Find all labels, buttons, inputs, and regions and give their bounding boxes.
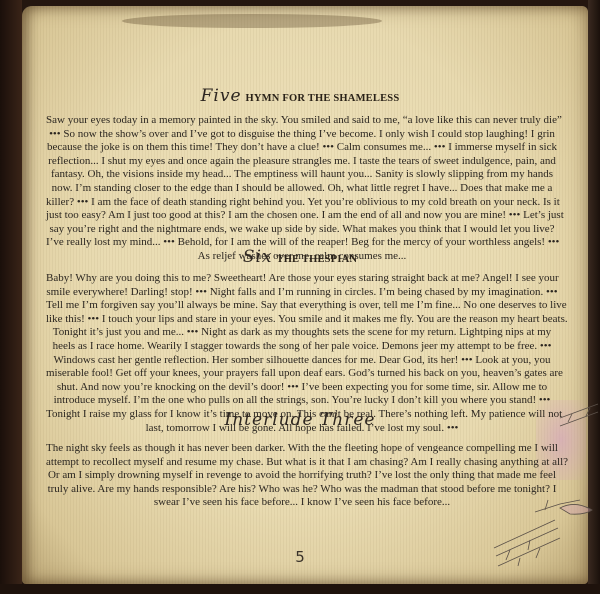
lyric-line: fantasy. Oh, the visions inside my head.… — [46, 168, 558, 182]
lyric-line: say you’re right and the nightmare ends,… — [46, 223, 558, 237]
lyric-line: Windows cast her gentle reflection. Her … — [46, 354, 558, 368]
lyric-line: The night sky feels as though it has nev… — [46, 442, 558, 456]
page-number: 5 — [0, 548, 600, 566]
lyric-line: smile everywhere! Darling! stop! ••• Nig… — [46, 286, 558, 300]
song-title: THE THESPIAN — [276, 254, 357, 265]
song-title: HYMN FOR THE SHAMELESS — [246, 93, 400, 104]
lyric-line: killer? ••• I am the face of death stand… — [46, 196, 558, 210]
lyric-line: Or am I simply drowning myself in reveng… — [46, 469, 558, 483]
song-number-script: Five — [201, 86, 242, 106]
lyric-line: Tonight it’s just you and me... ••• Nigh… — [46, 326, 558, 340]
lyric-line: Baby! Why are you doing this to me? Swee… — [46, 272, 558, 286]
text-interlude-three: The night sky feels as though it has nev… — [46, 442, 558, 510]
song-number-script: Six — [243, 247, 273, 267]
lyric-line: truly alive. Are my hands responsible? A… — [46, 483, 558, 497]
lyric-line: shut. And now you’re knocking on the dev… — [46, 381, 558, 395]
lyric-line: heels as I race home. Wearily I stagger … — [46, 340, 558, 354]
lyric-line: introduce myself. I’m the one who pulls … — [46, 394, 558, 408]
lyric-line: just too easy? Am I just too good at thi… — [46, 209, 558, 223]
lyric-line: swear I’ve seen his face before... I kno… — [46, 496, 558, 510]
lyric-line: like this! ••• I touch your lips and sta… — [46, 313, 558, 327]
lyric-line: Saw your eyes today in a memory painted … — [46, 114, 558, 128]
song-heading-five: Five HYMN FOR THE SHAMELESS — [0, 86, 600, 106]
lyric-line: Tell me I’m forgiven say you’ll always b… — [46, 299, 558, 313]
lyric-line: now. I’m standing closer to the edge tha… — [46, 182, 558, 196]
interlude-title-script: Interlude Three — [225, 410, 376, 430]
lyric-line: reflection... I shut my eyes and once ag… — [46, 155, 558, 169]
interlude-heading: Interlude Three — [0, 410, 600, 430]
lyrics-hymn-for-the-shameless: Saw your eyes today in a memory painted … — [46, 114, 558, 264]
lyric-line: because the joke is on them this time! T… — [46, 141, 558, 155]
lyric-line: attempt to recollect myself and resume m… — [46, 456, 558, 470]
song-heading-six: Six THE THESPIAN — [0, 247, 600, 267]
lyric-line: ••• So now the show’s over and I’ve got … — [46, 128, 558, 142]
lyric-line: miserable fool! Get off your knees, your… — [46, 367, 558, 381]
